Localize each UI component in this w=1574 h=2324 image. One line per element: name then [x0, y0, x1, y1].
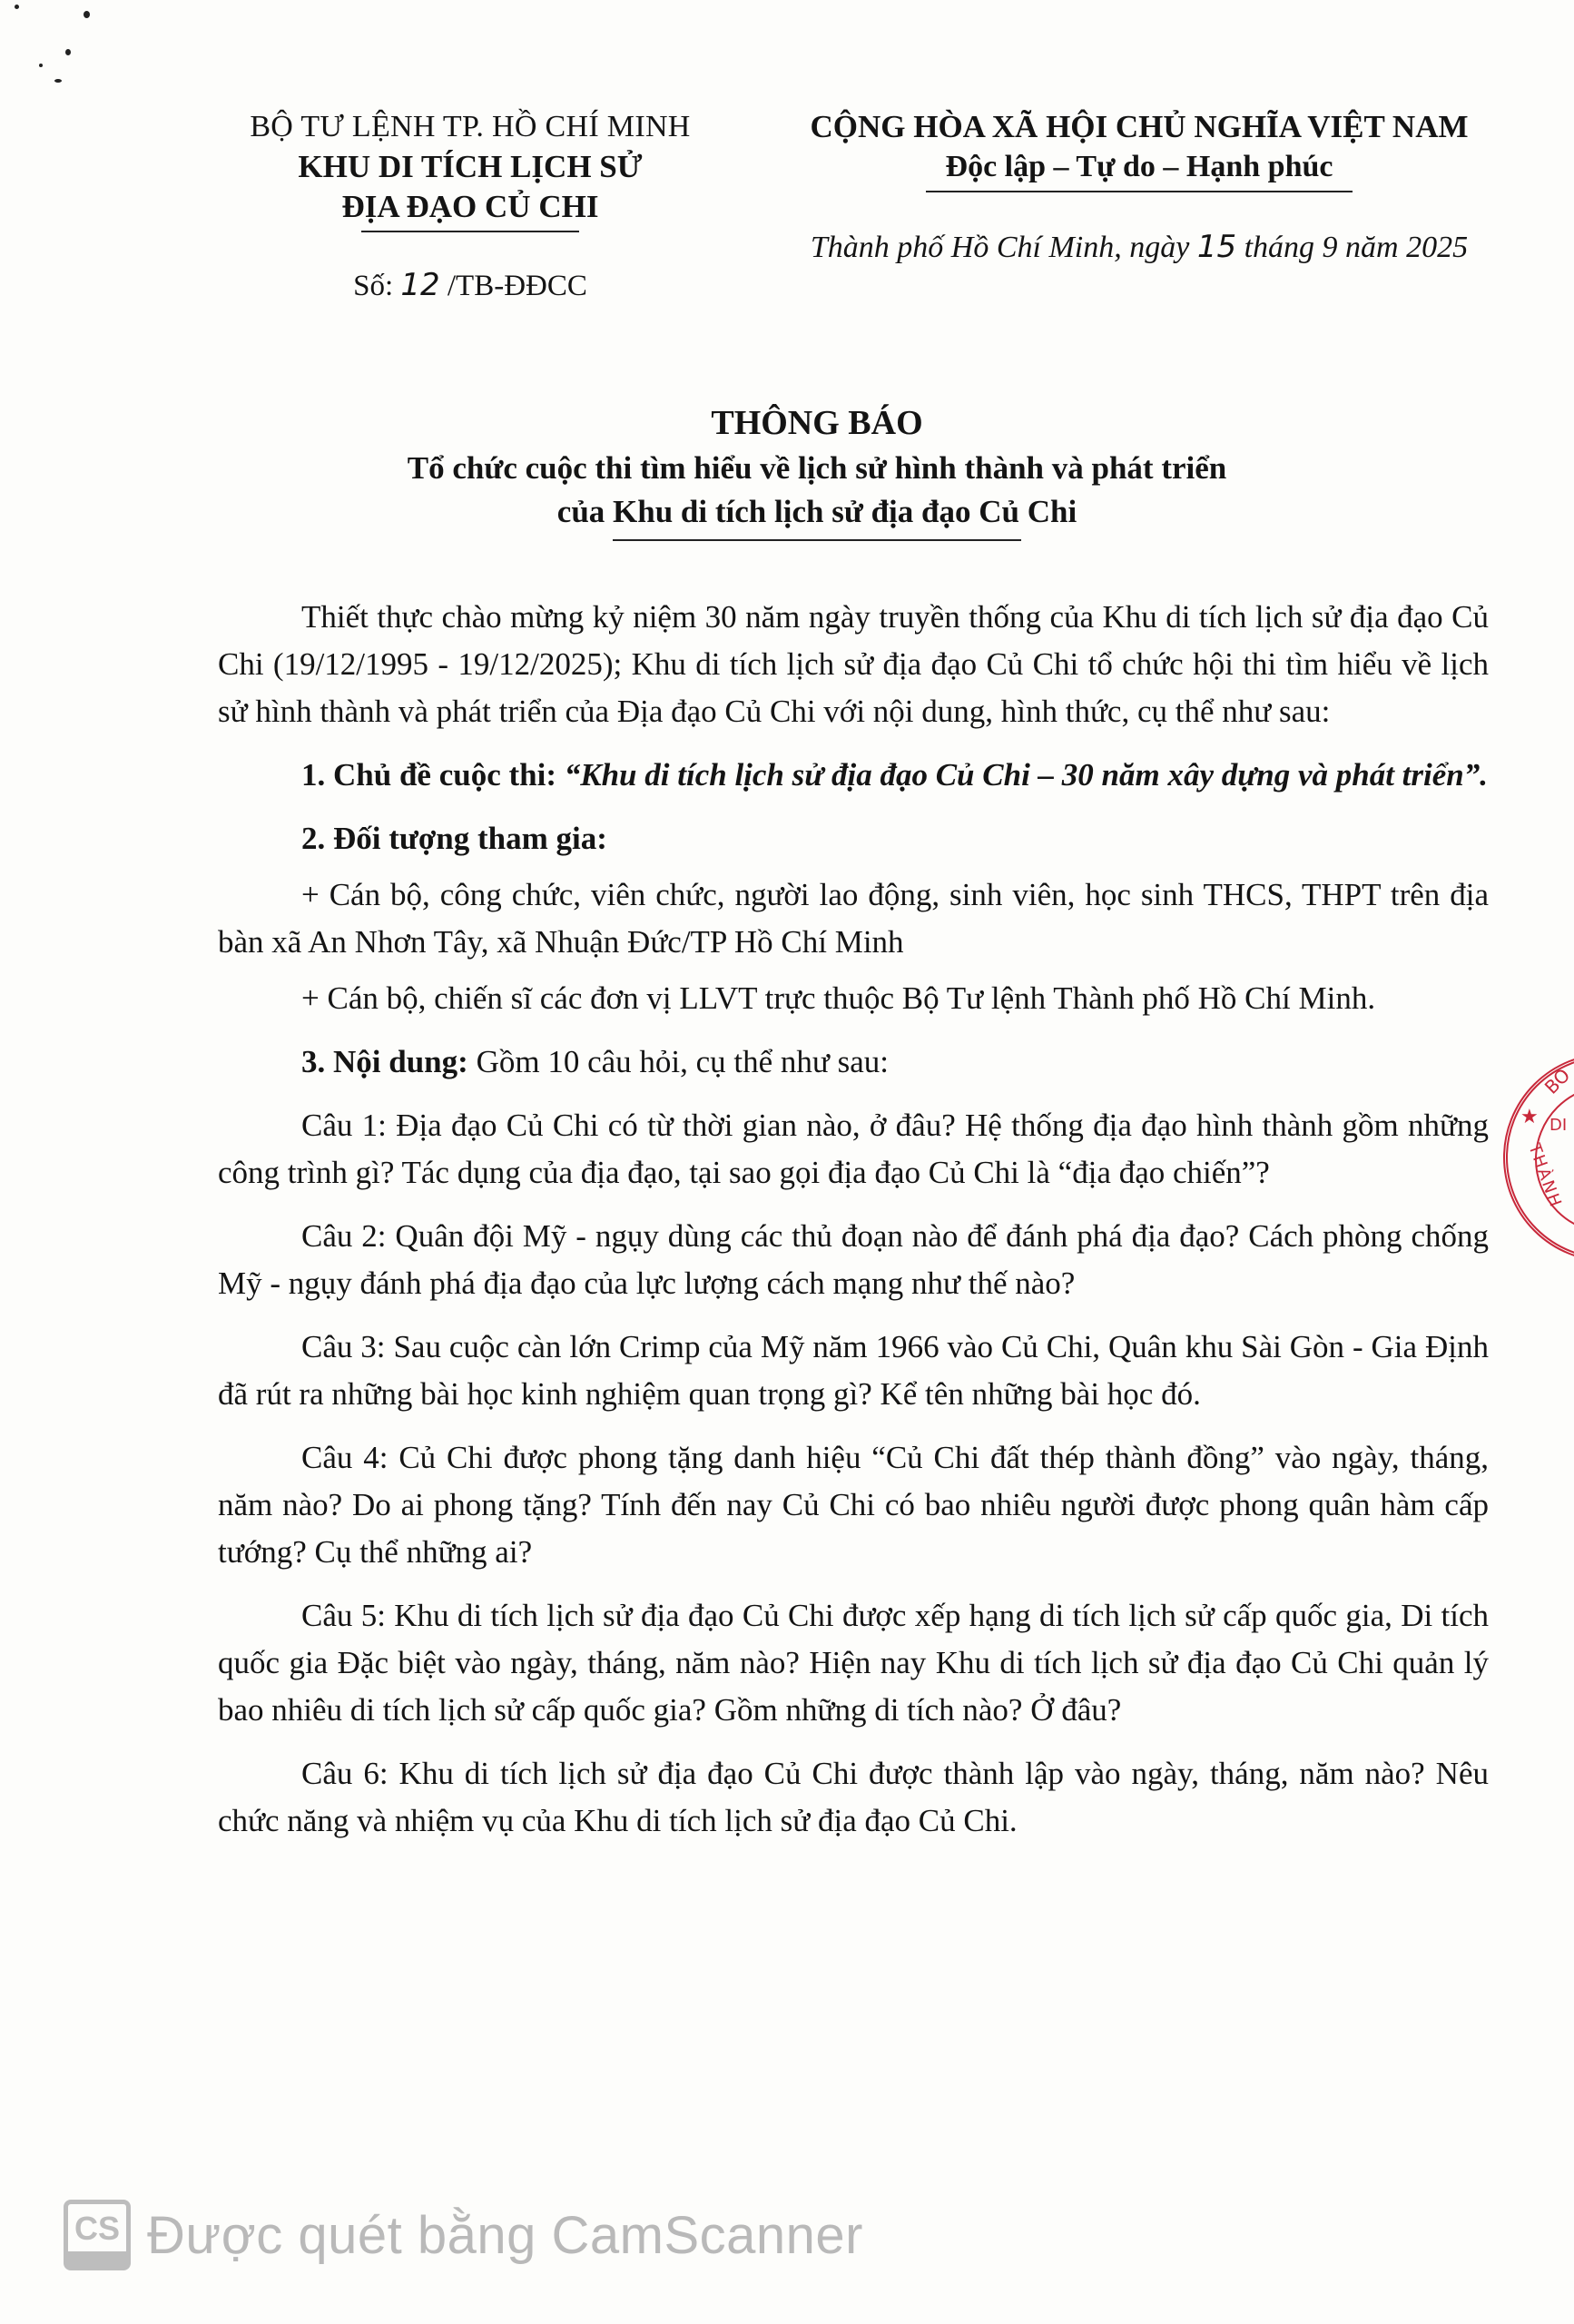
- stamp-text-middle: DI: [1549, 1116, 1567, 1135]
- title-underline: [613, 539, 1021, 541]
- motto-underline: [926, 191, 1353, 192]
- document-type: THÔNG BÁO: [272, 399, 1362, 447]
- camscanner-logo-text: CS: [68, 2210, 126, 2248]
- document-number: Số: 12 /TB-ĐĐCC: [198, 265, 743, 306]
- section-1-label: 1. Chủ đề cuộc thi:: [301, 757, 556, 793]
- section-1-theme: 1. Chủ đề cuộc thi: “Khu di tích lịch sử…: [218, 752, 1489, 799]
- camscanner-logo-icon: CS: [64, 2200, 131, 2270]
- unit-name-line1: KHU DI TÍCH LỊCH SỬ: [198, 147, 743, 187]
- subject-line-1: Tổ chức cuộc thi tìm hiểu về lịch sử hìn…: [272, 447, 1362, 490]
- scan-speck: [54, 79, 62, 83]
- date-prefix: Thành phố Hồ Chí Minh, ngày: [811, 231, 1189, 264]
- official-seal-stamp: ★ BO DI THÀNH: [1503, 1053, 1574, 1262]
- scan-speck: [39, 64, 43, 67]
- unit-name-line2: ĐỊA ĐẠO CỦ CHI: [198, 187, 743, 227]
- document-body: Thiết thực chào mừng kỷ niệm 30 năm ngày…: [218, 594, 1489, 1861]
- header-underline: [361, 231, 579, 232]
- national-header: CỘNG HÒA XÃ HỘI CHỦ NGHĨA VIỆT NAM Độc l…: [762, 107, 1516, 268]
- star-icon: ★: [1520, 1105, 1539, 1128]
- question-item: Câu 6: Khu di tích lịch sử địa đạo Củ Ch…: [218, 1750, 1489, 1845]
- section-2-label: 2. Đối tượng tham gia:: [301, 821, 607, 856]
- parent-organization: BỘ TƯ LỆNH TP. HỒ CHÍ MINH: [198, 107, 743, 147]
- date-day-handwritten: 15: [1197, 229, 1236, 265]
- scan-speck: [65, 49, 71, 55]
- question-item: Câu 4: Củ Chi được phong tặng danh hiệu …: [218, 1434, 1489, 1576]
- question-item: Câu 2: Quân đội Mỹ - ngụy dùng các thủ đ…: [218, 1213, 1489, 1307]
- date-suffix: tháng 9 năm 2025: [1244, 231, 1469, 264]
- question-item: Câu 3: Sau cuộc càn lớn Crimp của Mỹ năm…: [218, 1324, 1489, 1418]
- scan-speck: [15, 5, 19, 9]
- state-name: CỘNG HÒA XÃ HỘI CHỦ NGHĨA VIỆT NAM: [762, 107, 1516, 147]
- document-number-prefix: Số:: [353, 270, 393, 302]
- section-2-heading: 2. Đối tượng tham gia:: [218, 815, 1489, 862]
- watermark-text: Được quét bằng CamScanner: [147, 2205, 863, 2266]
- participant-item: + Cán bộ, chiến sĩ các đơn vị LLVT trực …: [218, 975, 1489, 1022]
- document-title: THÔNG BÁO Tổ chức cuộc thi tìm hiểu về l…: [272, 399, 1362, 541]
- national-motto: Độc lập – Tự do – Hạnh phúc: [762, 147, 1516, 187]
- question-item: Câu 5: Khu di tích lịch sử địa đạo Củ Ch…: [218, 1592, 1489, 1734]
- scan-speck: [84, 11, 90, 18]
- section-3-text: Gồm 10 câu hỏi, cụ thể như sau:: [477, 1044, 889, 1079]
- question-item: Câu 1: Địa đạo Củ Chi có từ thời gian nà…: [218, 1102, 1489, 1196]
- issuing-authority-header: BỘ TƯ LỆNH TP. HỒ CHÍ MINH KHU DI TÍCH L…: [198, 107, 743, 306]
- section-3-content: 3. Nội dung: Gồm 10 câu hỏi, cụ thể như …: [218, 1039, 1489, 1086]
- section-3-label: 3. Nội dung:: [301, 1044, 468, 1079]
- subject-line-2: của Khu di tích lịch sử địa đạo Củ Chi: [272, 490, 1362, 534]
- stamp-text-top: BO: [1540, 1064, 1574, 1098]
- document-number-suffix: /TB-ĐĐCC: [448, 270, 587, 302]
- participant-item: + Cán bộ, công chức, viên chức, người la…: [218, 871, 1489, 966]
- section-1-theme-text: “Khu di tích lịch sử địa đạo Củ Chi – 30…: [565, 757, 1488, 793]
- intro-paragraph: Thiết thực chào mừng kỷ niệm 30 năm ngày…: [218, 594, 1489, 735]
- document-number-handwritten: 12: [400, 267, 439, 303]
- camscanner-watermark: CS Được quét bằng CamScanner: [64, 2199, 863, 2271]
- place-and-date: Thành phố Hồ Chí Minh, ngày 15 tháng 9 n…: [762, 227, 1516, 268]
